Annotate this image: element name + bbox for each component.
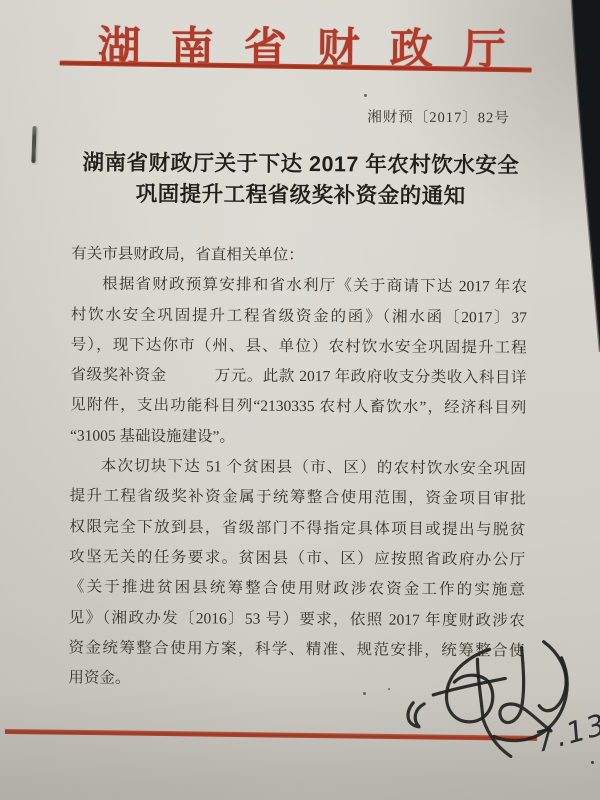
body-line: 《关于推进贫困县统筹整合使用财政涉农资金工作的实施意 — [69, 573, 525, 606]
body-line: 见附件，支出功能科目列“2130335 农村人畜饮水”，经济科目列 — [70, 391, 526, 424]
document-content: 湖南省财政厅 湘财预〔2017〕82号 湖南省财政厅关于下达 2017 年农村饮… — [0, 0, 600, 800]
body-line: 提升工程省级奖补资金属于统筹整合使用范围，资金项目审批 — [70, 482, 526, 515]
paper-speck — [388, 688, 390, 690]
photo-dark-corner — [560, 0, 600, 360]
body-line: 攻坚无关的任务要求。贫困县（市、区）应按照省政府办公厅 — [69, 542, 525, 575]
body-line: 权限完全下放到县，省级部门不得指定具体项目或提出与脱贫 — [69, 512, 525, 545]
doc-number: 湘财预〔2017〕82号 — [367, 105, 510, 127]
title-line-1: 湖南省财政厅关于下达 2017 年农村饮水安全 — [41, 147, 561, 182]
body-line: 根据省财政预算安排和省水利厅《关于商请下达 2017 年农 — [71, 270, 527, 303]
body-line: 有关市县财政局，省直相关单位： — [71, 239, 527, 272]
paper-speck — [591, 761, 594, 764]
document-title: 湖南省财政厅关于下达 2017 年农村饮水安全 巩固提升工程省级奖补资金的通知 — [41, 147, 561, 213]
paper-speck — [363, 692, 366, 695]
body-line: 省级奖补资金 万元。此款 2017 年政府收支分类收入科目详 — [70, 361, 526, 394]
body-line: 本次切块下达 51 个贫困县（市、区）的农村饮水安全巩固 — [70, 451, 526, 484]
photo-background: 湖南省财政厅 湘财预〔2017〕82号 湖南省财政厅关于下达 2017 年农村饮… — [0, 0, 600, 800]
body-line: “31005 基础设施建设”。 — [70, 421, 526, 454]
body-line: 见》（湘政办发〔2016〕53 号）要求，依照 2017 年度财政涉农 — [69, 603, 525, 636]
body-line: 村饮水安全巩固提升工程省级资金的函》（湘水函〔2017〕37 — [71, 300, 527, 333]
document-body: 有关市县财政局，省直相关单位： 根据省财政预算安排和省水利厅《关于商请下达 20… — [68, 239, 527, 697]
title-line-2: 巩固提升工程省级奖补资金的通知 — [41, 178, 561, 213]
document-page: 湖南省财政厅 湘财预〔2017〕82号 湖南省财政厅关于下达 2017 年农村饮… — [0, 0, 600, 800]
body-line: 号），现下达你市（州、县、单位）农村饮水安全巩固提升工程 — [71, 330, 527, 363]
paper-speck — [364, 94, 367, 97]
